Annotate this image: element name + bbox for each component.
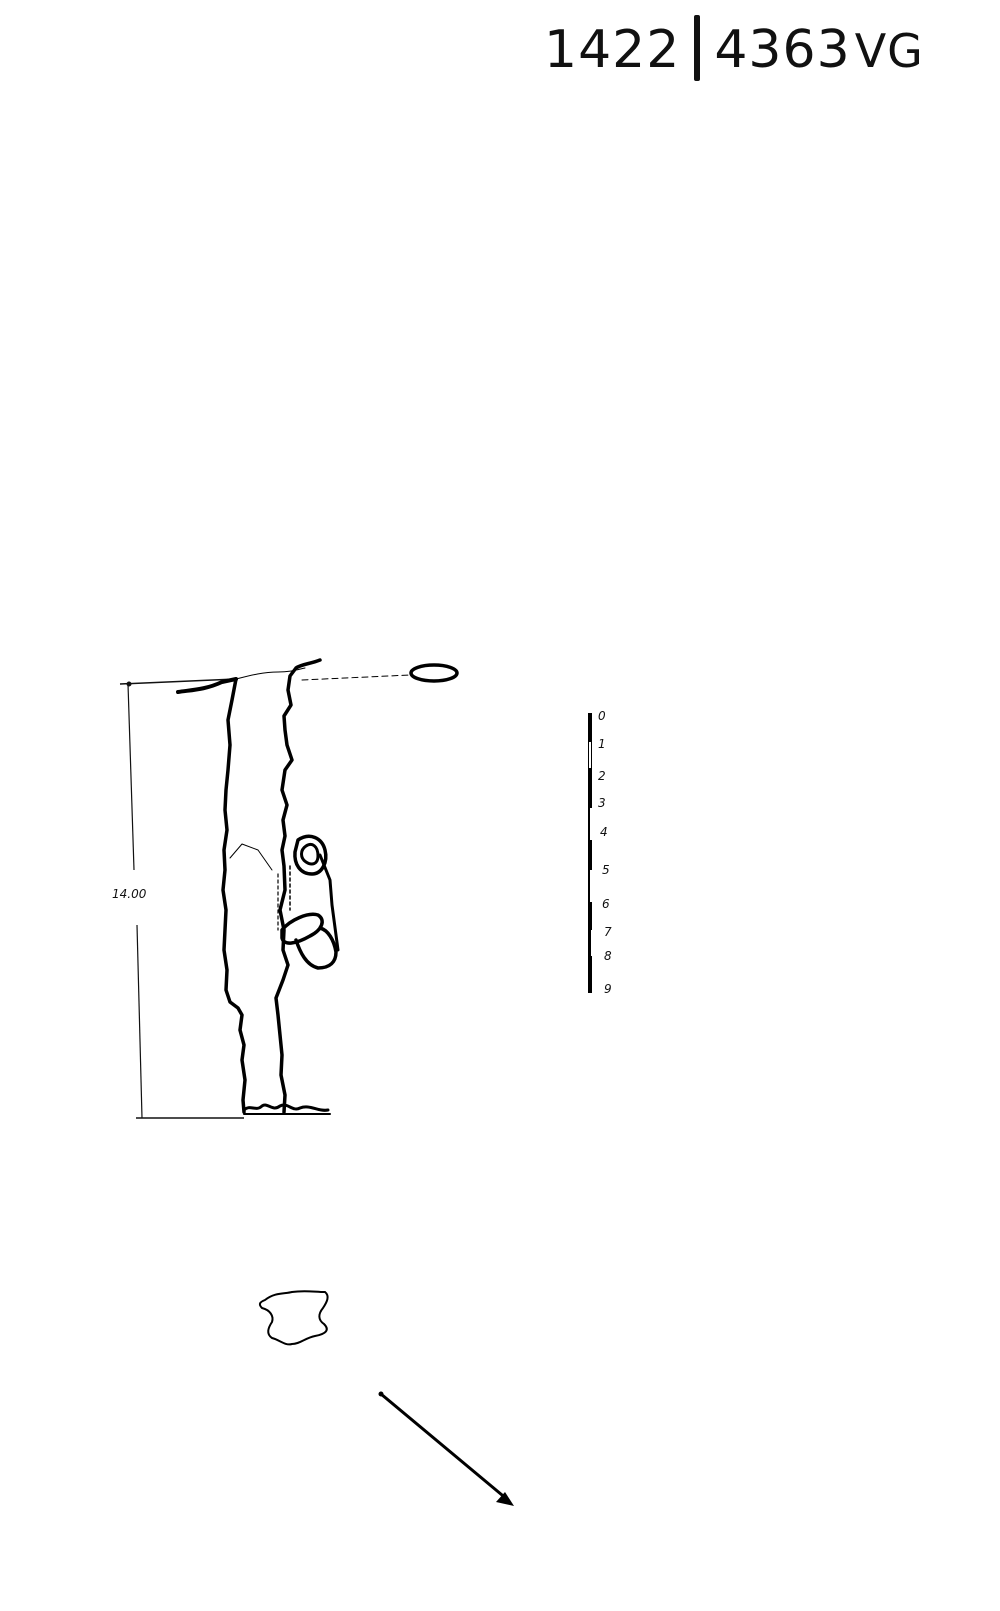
scale-bar [588,713,593,993]
scale-label-1: 1 [598,737,606,751]
plan-outline [260,1291,328,1344]
scale-label-0: 0 [598,709,606,723]
arrow-icon [379,1392,515,1507]
scale-label-4: 4 [600,825,608,839]
separate-stone [411,665,457,681]
section-drawing: 14.00 0 1 2 3 [0,0,1000,1611]
scale-label-6: 6 [602,897,610,911]
scale-bar-labels: 0 1 2 3 4 5 6 7 8 9 [598,709,612,996]
scale-label-9: 9 [604,982,612,996]
scale-label-8: 8 [604,949,612,963]
depth-label: 14.00 [112,887,147,901]
scale-label-2: 2 [598,769,606,783]
scale-label-3: 3 [598,796,606,810]
scale-label-7: 7 [604,925,612,939]
pit-section [178,660,457,1114]
scale-label-5: 5 [602,863,610,877]
stone-2 [282,914,322,943]
